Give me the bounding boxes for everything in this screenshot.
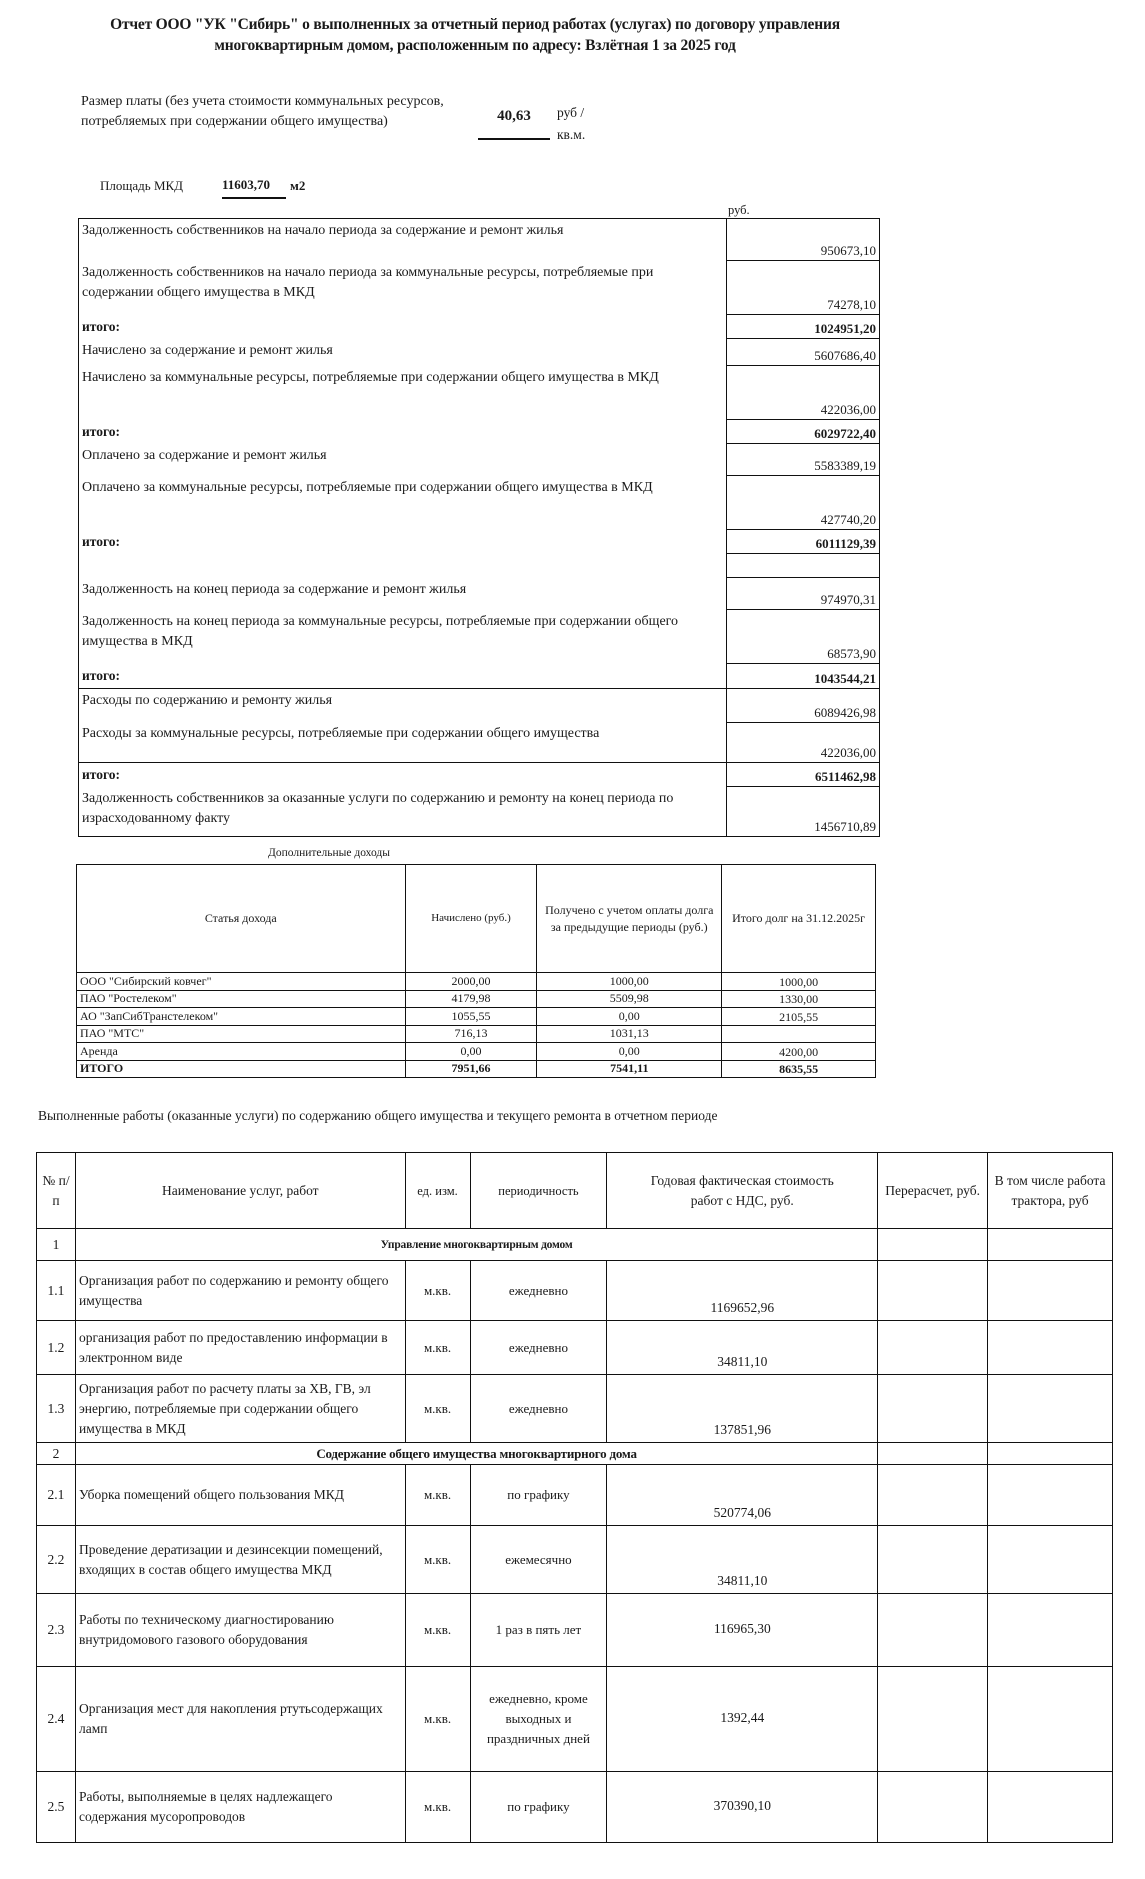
item-frequency: по графику	[470, 1465, 607, 1526]
income-header-item: Статья дохода	[77, 865, 406, 973]
works-item-row: 2.1Уборка помещений общего пользования М…	[37, 1465, 1113, 1526]
item-cost: 370390,10	[607, 1772, 878, 1843]
item-frequency: ежедневно	[470, 1375, 607, 1443]
summary-total-row: итого:6011129,39	[79, 530, 880, 554]
item-cost: 1392,44	[607, 1667, 878, 1772]
summary-row	[79, 554, 880, 578]
income-received: 7541,11	[537, 1060, 722, 1078]
summary-value: 6011129,39	[727, 530, 880, 554]
income-item-name: ПАО "МТС"	[77, 1025, 406, 1043]
summary-total-row: итого:1024951,20	[79, 315, 880, 339]
item-tractor	[988, 1594, 1113, 1667]
summary-value: 5607686,40	[727, 339, 880, 366]
income-debt: 4200,00	[722, 1043, 876, 1061]
item-recalc	[878, 1465, 988, 1526]
income-accrued: 716,13	[405, 1025, 537, 1043]
summary-row: Задолженность на конец периода за содерж…	[79, 578, 880, 610]
summary-row: Расходы по содержанию и ремонту жилья608…	[79, 688, 880, 722]
item-tractor	[988, 1261, 1113, 1321]
works-header-frequency: периодичность	[470, 1153, 607, 1229]
works-section-row: 2Содержание общего имущества многокварти…	[37, 1443, 1113, 1465]
income-row: ООО "Сибирский ковчег"2000,001000,001000…	[77, 973, 876, 991]
income-debt: 1330,00	[722, 990, 876, 1008]
income-accrued: 2000,00	[405, 973, 537, 991]
summary-label: итого:	[79, 762, 727, 787]
income-received: 0,00	[537, 1043, 722, 1061]
summary-label: итого:	[79, 664, 727, 689]
item-tractor	[988, 1375, 1113, 1443]
item-unit: м.кв.	[405, 1667, 470, 1772]
summary-value: 6029722,40	[727, 420, 880, 444]
summary-label: Начислено за содержание и ремонт жилья	[79, 339, 727, 366]
currency-note: руб.	[728, 203, 750, 218]
item-frequency: 1 раз в пять лет	[470, 1594, 607, 1667]
summary-total-row: итого:6511462,98	[79, 762, 880, 787]
summary-label: Задолженность на конец периода за содерж…	[79, 578, 727, 610]
item-unit: м.кв.	[405, 1321, 470, 1375]
income-item-name: ООО "Сибирский ковчег"	[77, 973, 406, 991]
summary-label: Начислено за коммунальные ресурсы, потре…	[79, 366, 727, 420]
section-tractor	[988, 1229, 1113, 1261]
summary-value: 1043544,21	[727, 664, 880, 689]
works-item-row: 2.2Проведение дератизации и дезинсекции …	[37, 1526, 1113, 1594]
income-debt: 1000,00	[722, 973, 876, 991]
item-tractor	[988, 1465, 1113, 1526]
income-row: ПАО "МТС"716,131031,13	[77, 1025, 876, 1043]
area-label: Площадь МКД	[100, 178, 183, 194]
income-row: Аренда0,000,004200,00	[77, 1043, 876, 1061]
works-header-row: № п/п Наименование услуг, работ ед. изм.…	[37, 1153, 1113, 1229]
income-received: 1000,00	[537, 973, 722, 991]
summary-label: Расходы по содержанию и ремонту жилья	[79, 688, 727, 722]
summary-row: Задолженность собственников за оказанные…	[79, 787, 880, 837]
income-accrued: 7951,66	[405, 1060, 537, 1078]
summary-label: Задолженность собственников на начало пе…	[79, 219, 727, 261]
item-cost: 116965,30	[607, 1594, 878, 1667]
item-recalc	[878, 1321, 988, 1375]
summary-label: Задолженность на конец периода за коммун…	[79, 610, 727, 664]
section-number: 2	[37, 1443, 76, 1465]
summary-value: 6089426,98	[727, 688, 880, 722]
item-recalc	[878, 1375, 988, 1443]
income-item-name: Аренда	[77, 1043, 406, 1061]
payment-rate-value: 40,63	[478, 108, 550, 140]
income-debt	[722, 1025, 876, 1043]
item-number: 1.1	[37, 1261, 76, 1321]
section-tractor	[988, 1443, 1113, 1465]
income-item-name: ПАО "Ростелеком"	[77, 990, 406, 1008]
summary-table: Задолженность собственников на начало пе…	[78, 218, 880, 837]
item-unit: м.кв.	[405, 1375, 470, 1443]
summary-row: Расходы за коммунальные ресурсы, потребл…	[79, 722, 880, 762]
works-header-recalc: Перерасчет, руб.	[878, 1153, 988, 1229]
item-name: Организация работ по расчету платы за ХВ…	[75, 1375, 405, 1443]
item-recalc	[878, 1261, 988, 1321]
summary-value: 974970,31	[727, 578, 880, 610]
summary-row: Задолженность на конец периода за коммун…	[79, 610, 880, 664]
income-header-debt: Итого долг на 31.12.2025г	[722, 865, 876, 973]
item-number: 2.1	[37, 1465, 76, 1526]
item-name: Организация работ по содержанию и ремонт…	[75, 1261, 405, 1321]
area-unit: м2	[290, 178, 305, 194]
summary-value: 74278,10	[727, 261, 880, 315]
income-accrued: 4179,98	[405, 990, 537, 1008]
works-item-row: 1.1Организация работ по содержанию и рем…	[37, 1261, 1113, 1321]
income-item-name: ИТОГО	[77, 1060, 406, 1078]
works-header-tractor: В том числе работа трактора, руб	[988, 1153, 1113, 1229]
section-recalc	[878, 1443, 988, 1465]
summary-label: Оплачено за коммунальные ресурсы, потреб…	[79, 476, 727, 530]
summary-value: 950673,10	[727, 219, 880, 261]
item-tractor	[988, 1772, 1113, 1843]
summary-value: 1024951,20	[727, 315, 880, 339]
item-unit: м.кв.	[405, 1465, 470, 1526]
item-name: Работы, выполняемые в целях надлежащего …	[75, 1772, 405, 1843]
item-frequency: ежедневно	[470, 1261, 607, 1321]
summary-value: 6511462,98	[727, 762, 880, 787]
works-caption: Выполненные работы (оказанные услуги) по…	[38, 1108, 717, 1124]
works-item-row: 2.4Организация мест для накопления ртуть…	[37, 1667, 1113, 1772]
item-number: 2.2	[37, 1526, 76, 1594]
item-name: Работы по техническому диагностированию …	[75, 1594, 405, 1667]
works-section-row: 1Управление многоквартирным домом	[37, 1229, 1113, 1261]
item-cost: 1169652,96	[607, 1261, 878, 1321]
works-header-cost: Годовая фактическая стоимость работ с НД…	[607, 1153, 878, 1229]
income-accrued: 0,00	[405, 1043, 537, 1061]
income-total-row: ИТОГО7951,667541,118635,55	[77, 1060, 876, 1078]
summary-label: итого:	[79, 420, 727, 444]
item-unit: м.кв.	[405, 1261, 470, 1321]
section-title: Содержание общего имущества многоквартир…	[75, 1443, 877, 1465]
item-number: 1.2	[37, 1321, 76, 1375]
summary-label: итого:	[79, 530, 727, 554]
summary-total-row: итого:1043544,21	[79, 664, 880, 689]
summary-value: 422036,00	[727, 366, 880, 420]
item-frequency: по графику	[470, 1772, 607, 1843]
works-item-row: 2.3Работы по техническому диагностирован…	[37, 1594, 1113, 1667]
item-number: 1.3	[37, 1375, 76, 1443]
item-number: 2.3	[37, 1594, 76, 1667]
income-debt: 8635,55	[722, 1060, 876, 1078]
summary-label: Оплачено за содержание и ремонт жилья	[79, 444, 727, 476]
works-header-num: № п/п	[37, 1153, 76, 1229]
income-debt: 2105,55	[722, 1008, 876, 1026]
summary-row: Начислено за содержание и ремонт жилья56…	[79, 339, 880, 366]
item-frequency: ежедневно	[470, 1321, 607, 1375]
summary-label: Расходы за коммунальные ресурсы, потребл…	[79, 722, 727, 762]
summary-row: Оплачено за содержание и ремонт жилья558…	[79, 444, 880, 476]
area-value: 11603,70	[222, 177, 286, 199]
income-received: 0,00	[537, 1008, 722, 1026]
report-title: Отчет ООО "УК "Сибирь" о выполненных за …	[90, 14, 860, 56]
summary-value: 68573,90	[727, 610, 880, 664]
works-item-row: 1.3Организация работ по расчету платы за…	[37, 1375, 1113, 1443]
item-cost: 520774,06	[607, 1465, 878, 1526]
summary-value: 1456710,89	[727, 787, 880, 837]
item-frequency: ежедневно, кроме выходных и праздничных …	[470, 1667, 607, 1772]
additional-income-caption: Дополнительные доходы	[268, 847, 390, 859]
summary-label: Задолженность собственников на начало пе…	[79, 261, 727, 315]
summary-label: итого:	[79, 315, 727, 339]
item-unit: м.кв.	[405, 1526, 470, 1594]
works-item-row: 1.2организация работ по предоставлению и…	[37, 1321, 1113, 1375]
item-name: Проведение дератизации и дезинсекции пом…	[75, 1526, 405, 1594]
item-number: 2.4	[37, 1667, 76, 1772]
item-tractor	[988, 1321, 1113, 1375]
income-accrued: 1055,55	[405, 1008, 537, 1026]
income-row: АО "ЗапСибТранстелеком"1055,550,002105,5…	[77, 1008, 876, 1026]
income-header-accrued: Начислено (руб.)	[405, 865, 537, 973]
item-frequency: ежемесячно	[470, 1526, 607, 1594]
income-header-row: Статья дохода Начислено (руб.) Получено …	[77, 865, 876, 973]
item-unit: м.кв.	[405, 1594, 470, 1667]
summary-row: Задолженность собственников на начало пе…	[79, 219, 880, 261]
item-name: Организация мест для накопления ртутьсод…	[75, 1667, 405, 1772]
item-cost: 34811,10	[607, 1321, 878, 1375]
income-header-received: Получено с учетом оплаты долга за предыд…	[537, 865, 722, 973]
summary-total-row: итого:6029722,40	[79, 420, 880, 444]
section-title: Управление многоквартирным домом	[75, 1229, 877, 1261]
summary-value: 5583389,19	[727, 444, 880, 476]
summary-value	[727, 554, 880, 578]
section-number: 1	[37, 1229, 76, 1261]
summary-label: Задолженность собственников за оказанные…	[79, 787, 727, 837]
item-recalc	[878, 1667, 988, 1772]
summary-row: Задолженность собственников на начало пе…	[79, 261, 880, 315]
item-recalc	[878, 1772, 988, 1843]
item-unit: м.кв.	[405, 1772, 470, 1843]
item-cost: 34811,10	[607, 1526, 878, 1594]
item-tractor	[988, 1526, 1113, 1594]
additional-income-table: Статья дохода Начислено (руб.) Получено …	[76, 864, 876, 1078]
summary-row: Начислено за коммунальные ресурсы, потре…	[79, 366, 880, 420]
item-tractor	[988, 1667, 1113, 1772]
works-header-name: Наименование услуг, работ	[75, 1153, 405, 1229]
item-number: 2.5	[37, 1772, 76, 1843]
works-header-unit: ед. изм.	[405, 1153, 470, 1229]
item-recalc	[878, 1594, 988, 1667]
summary-row: Оплачено за коммунальные ресурсы, потреб…	[79, 476, 880, 530]
income-row: ПАО "Ростелеком"4179,985509,981330,00	[77, 990, 876, 1008]
section-recalc	[878, 1229, 988, 1261]
works-item-row: 2.5Работы, выполняемые в целях надлежаще…	[37, 1772, 1113, 1843]
income-received: 1031,13	[537, 1025, 722, 1043]
works-table: № п/п Наименование услуг, работ ед. изм.…	[36, 1152, 1113, 1843]
summary-value: 427740,20	[727, 476, 880, 530]
payment-rate-label: Размер платы (без учета стоимости коммун…	[81, 92, 461, 132]
summary-label	[79, 554, 727, 578]
payment-rate-unit: руб / кв.м.	[557, 102, 607, 146]
item-recalc	[878, 1526, 988, 1594]
item-cost: 137851,96	[607, 1375, 878, 1443]
item-name: Уборка помещений общего пользования МКД	[75, 1465, 405, 1526]
item-name: организация работ по предоставлению инфо…	[75, 1321, 405, 1375]
income-received: 5509,98	[537, 990, 722, 1008]
summary-value: 422036,00	[727, 722, 880, 762]
income-item-name: АО "ЗапСибТранстелеком"	[77, 1008, 406, 1026]
